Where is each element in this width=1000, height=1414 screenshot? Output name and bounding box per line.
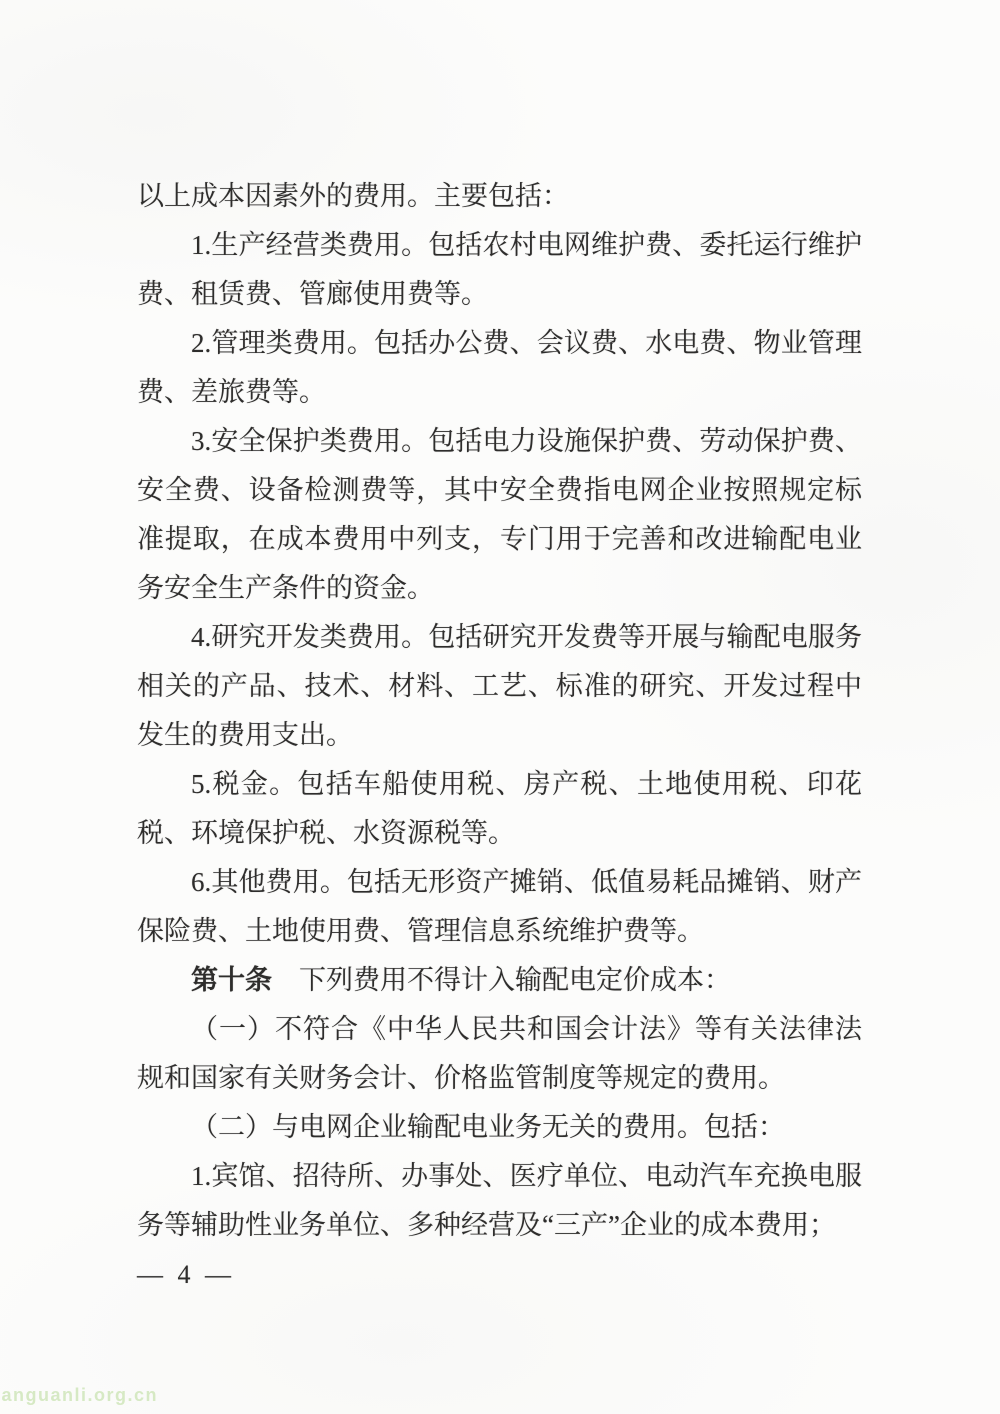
paragraph: （一）不符合《中华人民共和国会计法》等有关法律法规和国家有关财务会计、价格监管制… bbox=[137, 1005, 862, 1103]
paragraph: 1.生产经营类费用。包括农村电网维护费、委托运行维护费、租赁费、管廊使用费等。 bbox=[137, 221, 862, 319]
paragraph: 4.研究开发类费用。包括研究开发费等开展与输配电服务相关的产品、技术、材料、工艺… bbox=[137, 613, 862, 760]
paragraph: （二）与电网企业输配电业务无关的费用。包括： bbox=[137, 1103, 862, 1152]
paragraph: 3.安全保护类费用。包括电力设施保护费、劳动保护费、安全费、设备检测费等，其中安… bbox=[137, 417, 862, 613]
paragraph: 以上成本因素外的费用。主要包括： bbox=[137, 172, 862, 221]
page-number: — 4 — bbox=[137, 1260, 235, 1290]
paragraph: 第十条 下列费用不得计入输配电定价成本： bbox=[137, 956, 862, 1005]
document-body: 以上成本因素外的费用。主要包括：1.生产经营类费用。包括农村电网维护费、委托运行… bbox=[137, 172, 862, 1250]
watermark: tanguanli.org.cn bbox=[0, 1385, 158, 1406]
paragraph: 5.税金。包括车船使用税、房产税、土地使用税、印花税、环境保护税、水资源税等。 bbox=[137, 760, 862, 858]
article-number: 第十条 bbox=[191, 965, 272, 995]
document-page: 以上成本因素外的费用。主要包括：1.生产经营类费用。包括农村电网维护费、委托运行… bbox=[0, 0, 1000, 1414]
paragraph: 2.管理类费用。包括办公费、会议费、水电费、物业管理费、差旅费等。 bbox=[137, 319, 862, 417]
paragraph: 1.宾馆、招待所、办事处、医疗单位、电动汽车充换电服务等辅助性业务单位、多种经营… bbox=[137, 1152, 862, 1250]
paragraph: 6.其他费用。包括无形资产摊销、低值易耗品摊销、财产保险费、土地使用费、管理信息… bbox=[137, 858, 862, 956]
